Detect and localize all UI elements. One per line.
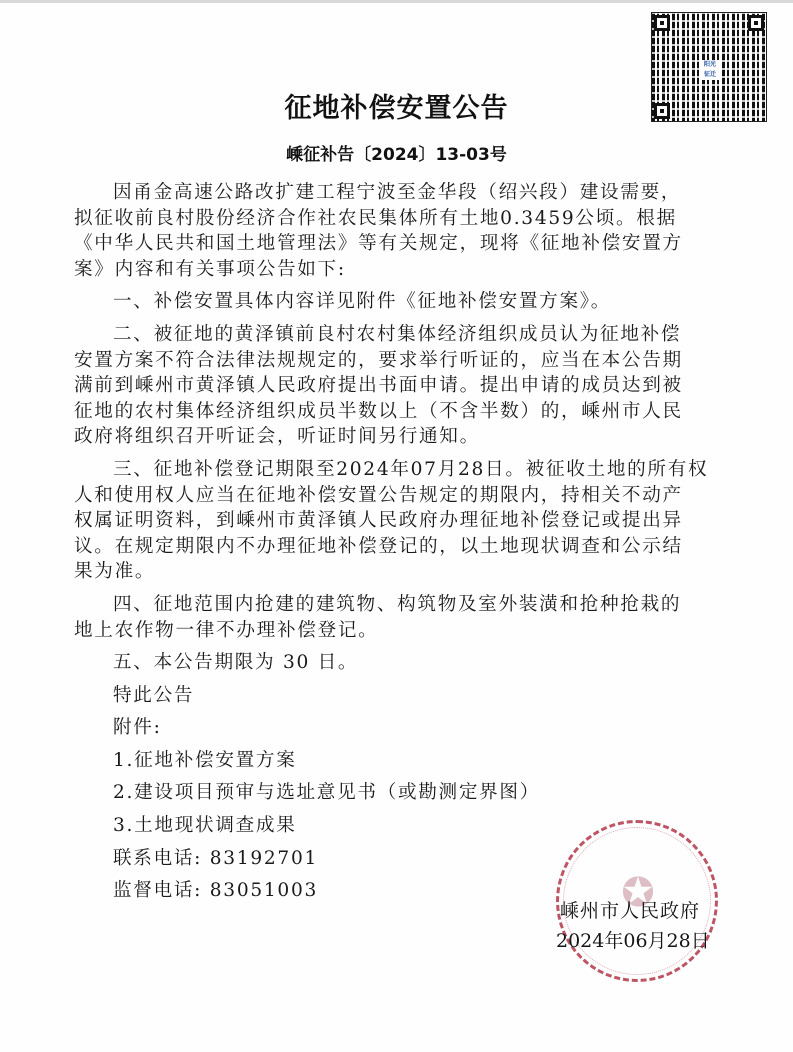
supervision-phone-value: 83051003 bbox=[210, 880, 318, 901]
section-line: 四、征地范围内抢建的建筑物、构筑物及室外装潢和抢种抢栽的 bbox=[74, 592, 714, 618]
attachment-item: 2.建设项目预审与选址意见书（或勘测定界图） bbox=[74, 780, 714, 806]
section-3: 三、征地补偿登记期限至2024年07月28日。被征收土地的所有权 人和使用权人应… bbox=[74, 457, 714, 585]
section-5: 五、本公告期限为 30 日。 bbox=[74, 650, 714, 676]
signature-organization: 嵊州市人民政府 bbox=[560, 896, 700, 923]
qr-finder-top-right bbox=[748, 15, 764, 31]
document-body: 因甬金高速公路改扩建工程宁波至金华段（绍兴段）建设需要， 拟征收前良村股份经济合… bbox=[74, 180, 714, 904]
signature-date: 2024年06月28日 bbox=[556, 926, 710, 953]
intro-paragraph: 因甬金高速公路改扩建工程宁波至金华段（绍兴段）建设需要， 拟征收前良村股份经济合… bbox=[74, 180, 714, 282]
section-line: 安置方案不符合法律法规规定的，要求举行听证的，应当在本公告期 bbox=[74, 348, 714, 374]
section-line: 人和使用权人应当在征地补偿安置公告规定的期限内，持相关不动产 bbox=[74, 483, 714, 509]
top-border bbox=[0, 0, 793, 3]
section-1: 一、补偿安置具体内容详见附件《征地补偿安置方案》。 bbox=[74, 289, 714, 315]
contact-phone-value: 83192701 bbox=[210, 848, 318, 869]
document-title: 征地补偿安置公告 bbox=[0, 86, 793, 125]
section-line: 满前到嵊州市黄泽镇人民政府提出书面申请。提出申请的成员达到被 bbox=[74, 373, 714, 399]
section-2: 二、被征地的黄泽镇前良村农村集体经济组织成员认为征地补偿 安置方案不符合法律法规… bbox=[74, 322, 714, 450]
qr-finder-top-left bbox=[654, 15, 670, 31]
section-line: 二、被征地的黄泽镇前良村农村集体经济组织成员认为征地补偿 bbox=[74, 322, 714, 348]
document-number: 嵊征补告〔2024〕13-03号 bbox=[0, 140, 793, 165]
section-line: 政府将组织召开听证会，听证时间另行通知。 bbox=[74, 424, 714, 450]
intro-line: 案》内容和有关事项公告如下: bbox=[74, 257, 714, 283]
section-line: 一、补偿安置具体内容详见附件《征地补偿安置方案》。 bbox=[74, 289, 714, 315]
section-line: 权属证明资料，到嵊州市黄泽镇人民政府办理征地补偿登记或提出异 bbox=[74, 508, 714, 534]
intro-line: 因甬金高速公路改扩建工程宁波至金华段（绍兴段）建设需要， bbox=[74, 180, 714, 206]
attachments-label: 附件: bbox=[74, 715, 714, 741]
section-line: 三、征地补偿登记期限至2024年07月28日。被征收土地的所有权 bbox=[74, 457, 714, 483]
supervision-phone-label: 监督电话: bbox=[113, 880, 202, 901]
closing-text: 特此公告 bbox=[74, 683, 714, 709]
attachment-item: 1.征地补偿安置方案 bbox=[74, 748, 714, 774]
section-line: 议。在规定期限内不办理征地补偿登记的，以土地现状调查和公示结 bbox=[74, 534, 714, 560]
contact-phone-label: 联系电话: bbox=[113, 848, 202, 869]
section-line: 征地的农村集体经济组织成员半数以上（不含半数）的，嵊州市人民 bbox=[74, 399, 714, 425]
qr-logo: 阳光 征迁 bbox=[699, 60, 721, 80]
section-line: 果为准。 bbox=[74, 559, 714, 585]
intro-line: 拟征收前良村股份经济合作社农民集体所有土地0.3459公顷。根据 bbox=[74, 206, 714, 232]
section-line: 五、本公告期限为 30 日。 bbox=[74, 650, 714, 676]
section-4: 四、征地范围内抢建的建筑物、构筑物及室外装潢和抢种抢栽的 地上农作物一律不办理补… bbox=[74, 592, 714, 643]
qr-logo-bottom: 征迁 bbox=[699, 70, 721, 80]
intro-line: 《中华人民共和国土地管理法》等有关规定，现将《征地补偿安置方 bbox=[74, 231, 714, 257]
section-line: 地上农作物一律不办理补偿登记。 bbox=[74, 618, 714, 644]
qr-logo-top: 阳光 bbox=[699, 60, 721, 70]
